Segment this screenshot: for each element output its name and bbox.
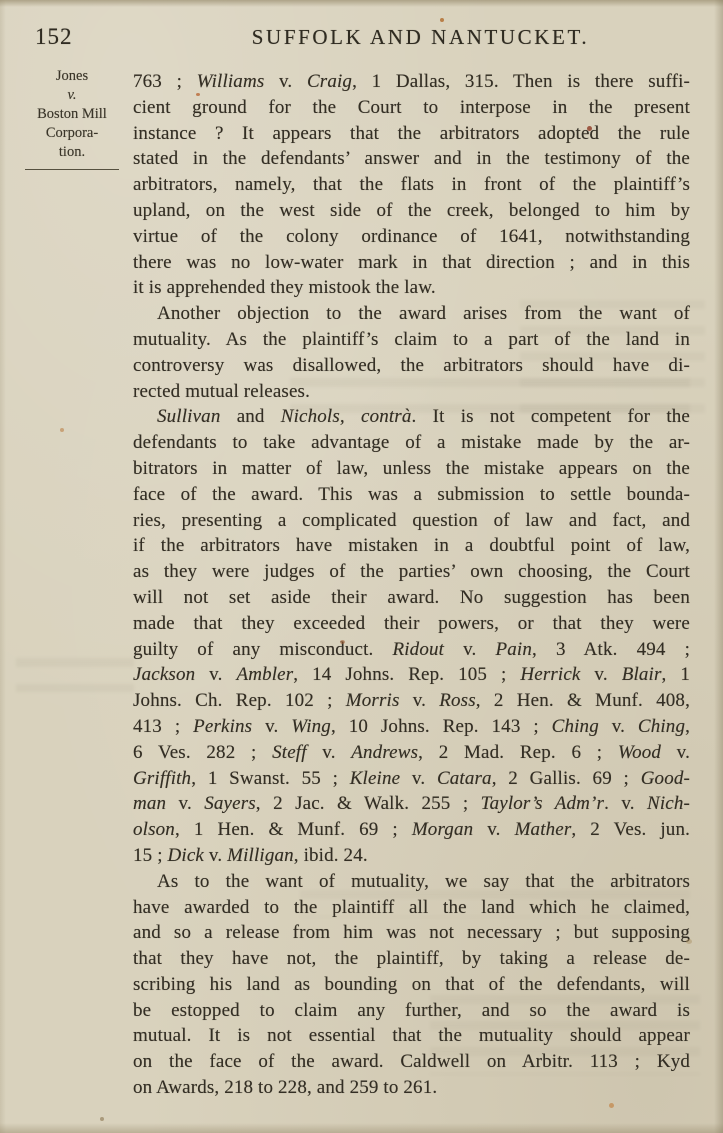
case-name-italic: Ross xyxy=(439,690,476,711)
case-name-italic: Jackson xyxy=(133,664,195,685)
text-segment: v. xyxy=(252,716,291,737)
text-line: and so a release from him was not necess… xyxy=(133,920,690,946)
page-right-edge xyxy=(714,0,723,1133)
text-line: guilty of any misconduct. Ridout v. Pain… xyxy=(133,637,690,663)
page-bottom-edge xyxy=(0,1123,723,1133)
text-segment: v. xyxy=(400,768,437,789)
text-line: 15 ; Dick v. Milligan, ibid. 24. xyxy=(133,843,690,869)
text-segment: be estopped to claim any further, and so… xyxy=(133,1000,690,1021)
text-segment: , 2 Gallis. 69 ; xyxy=(492,768,641,789)
case-name-italic: Sayers xyxy=(204,793,256,814)
text-segment: As to the want of mutuality, we say that… xyxy=(157,871,690,892)
text-line: instance ? It appears that the arbitrato… xyxy=(133,121,690,147)
text-segment: , 2 Ves. jun. xyxy=(571,819,690,840)
text-segment: guilty of any misconduct. xyxy=(133,639,393,660)
text-line: ries, presenting a complicated question … xyxy=(133,508,690,534)
body-text: 763 ; Williams v. Craig, 1 Dallas, 315. … xyxy=(133,69,690,1101)
case-name-italic: Ambler xyxy=(236,664,293,685)
margin-note-line: Boston Mill xyxy=(14,105,130,124)
text-segment: , 14 Johns. Rep. 105 ; xyxy=(293,664,520,685)
text-line: arbitrators, namely, that the flats in f… xyxy=(133,172,690,198)
case-name-italic: Ridout xyxy=(393,639,445,660)
case-name-italic: Morris xyxy=(346,690,400,711)
text-segment: , 2 Jac. & Walk. 255 ; xyxy=(256,793,481,814)
text-line: it is apprehended they mistook the law. xyxy=(133,275,690,301)
text-segment: . It is not competent for the xyxy=(412,406,690,427)
text-line: upland, on the west side of the creek, b… xyxy=(133,198,690,224)
case-name-italic: Taylor’s Adm’r xyxy=(481,793,604,814)
case-name-italic: Steff xyxy=(272,742,307,763)
case-name-italic: Craig xyxy=(307,71,352,92)
page-left-edge xyxy=(0,0,6,1133)
text-segment: 15 ; xyxy=(133,845,168,866)
margin-note-case-name: Jonesv.Boston MillCorpora-tion. xyxy=(14,67,130,170)
text-segment: 413 ; xyxy=(133,716,193,737)
paper-speck xyxy=(60,428,64,432)
case-name-italic: Good- xyxy=(641,768,690,789)
text-segment: have awarded to the plaintiff all the la… xyxy=(133,897,690,918)
text-line: bitrators in matter of law, unless the m… xyxy=(133,456,690,482)
text-segment: rected mutual releases. xyxy=(133,381,310,402)
case-name-italic: Pain xyxy=(496,639,533,660)
case-name-italic: olson xyxy=(133,819,175,840)
text-segment: bitrators in matter of law, unless the m… xyxy=(133,458,690,479)
margin-note-rule xyxy=(25,169,119,170)
text-segment: v. xyxy=(581,664,622,685)
text-line: olson, 1 Hen. & Munf. 69 ; Morgan v. Mat… xyxy=(133,817,690,843)
text-segment: v. xyxy=(307,742,352,763)
case-name-italic: Perkins xyxy=(193,716,252,737)
text-segment: , 3 Atk. 494 ; xyxy=(532,639,690,660)
text-segment: v. xyxy=(400,690,440,711)
text-segment: will not set aside their award. No sugge… xyxy=(133,587,690,608)
text-segment: face of the award. This was a submission… xyxy=(133,484,690,505)
text-segment: as they were judges of the parties’ own … xyxy=(133,561,690,582)
case-name-italic: Ching xyxy=(638,716,685,737)
text-line: man v. Sayers, 2 Jac. & Walk. 255 ; Tayl… xyxy=(133,791,690,817)
text-line: 763 ; Williams v. Craig, 1 Dallas, 315. … xyxy=(133,69,690,95)
case-name-italic: Milligan xyxy=(227,845,294,866)
text-line: made that they exceeded their powers, or… xyxy=(133,611,690,637)
text-segment: made that they exceeded their powers, or… xyxy=(133,613,690,634)
margin-note-lines: Jonesv.Boston MillCorpora-tion. xyxy=(14,67,130,162)
text-segment: on the face of the award. Caldwell on Ar… xyxy=(133,1051,690,1072)
text-segment: , 2 Mad. Rep. 6 ; xyxy=(418,742,618,763)
text-line: if the arbitrators have mistaken in a do… xyxy=(133,533,690,559)
text-segment: that they have not, the plaintiff, by ta… xyxy=(133,948,690,969)
text-segment: , 1 Dallas, 315. Then is there suffi- xyxy=(352,71,690,92)
text-line: Another objection to the award arises fr… xyxy=(133,301,690,327)
case-name-italic: Sullivan xyxy=(157,406,220,427)
running-head: SUFFOLK AND NANTUCKET. xyxy=(133,25,690,50)
text-line: Jackson v. Ambler, 14 Johns. Rep. 105 ; … xyxy=(133,662,690,688)
case-name-italic: Nichols, contrà xyxy=(281,406,412,427)
text-segment: mutual. It is not essential that the mut… xyxy=(133,1025,690,1046)
case-name-italic: man xyxy=(133,793,166,814)
page-top-edge xyxy=(0,0,723,7)
text-line: As to the want of mutuality, we say that… xyxy=(133,869,690,895)
case-name-italic: Dick xyxy=(168,845,204,866)
text-line: 413 ; Perkins v. Wing, 10 Johns. Rep. 14… xyxy=(133,714,690,740)
text-segment: v. xyxy=(195,664,236,685)
text-line: controversy was disallowed, the arbitrat… xyxy=(133,353,690,379)
case-name-italic: Mather xyxy=(515,819,572,840)
case-name-italic: Griffith xyxy=(133,768,191,789)
text-line: rected mutual releases. xyxy=(133,379,690,405)
text-segment: v. xyxy=(264,71,307,92)
text-line: have awarded to the plaintiff all the la… xyxy=(133,895,690,921)
text-segment: virtue of the colony ordinance of 1641, … xyxy=(133,226,690,247)
text-segment: , xyxy=(685,716,690,737)
text-segment: ries, presenting a complicated question … xyxy=(133,510,690,531)
margin-note-line: tion. xyxy=(14,143,130,162)
text-segment: there was no low-water mark in that dire… xyxy=(133,252,690,273)
text-segment: . v. xyxy=(604,793,647,814)
text-segment: v. xyxy=(473,819,514,840)
paper-speck xyxy=(100,1117,104,1121)
text-segment: and xyxy=(220,406,280,427)
text-line: cient ground for the Court to interpose … xyxy=(133,95,690,121)
text-line: virtue of the colony ordinance of 1641, … xyxy=(133,224,690,250)
margin-note-line: Corpora- xyxy=(14,124,130,143)
text-segment: defendants to take advantage of a mistak… xyxy=(133,432,690,453)
paper-speck xyxy=(609,1103,614,1108)
page-number: 152 xyxy=(35,24,73,50)
text-line: be estopped to claim any further, and so… xyxy=(133,998,690,1024)
text-line: defendants to take advantage of a mistak… xyxy=(133,430,690,456)
showthrough-smudge xyxy=(16,658,134,692)
text-segment: , ibid. 24. xyxy=(294,845,368,866)
paper-speck xyxy=(440,18,444,22)
case-name-italic: Wood xyxy=(618,742,661,763)
text-segment: controversy was disallowed, the arbitrat… xyxy=(133,355,690,376)
text-line: 6 Ves. 282 ; Steff v. Andrews, 2 Mad. Re… xyxy=(133,740,690,766)
case-name-italic: Blair xyxy=(622,664,662,685)
text-segment: Johns. Ch. Rep. 102 ; xyxy=(133,690,346,711)
text-line: stated in the defendants’ answer and in … xyxy=(133,146,690,172)
text-line: on the face of the award. Caldwell on Ar… xyxy=(133,1049,690,1075)
case-name-italic: Nich- xyxy=(647,793,690,814)
text-segment: , 1 Swanst. 55 ; xyxy=(191,768,350,789)
text-line: there was no low-water mark in that dire… xyxy=(133,250,690,276)
case-name-italic: Ching xyxy=(552,716,599,737)
text-segment: v. xyxy=(444,639,495,660)
text-segment: it is apprehended they mistook the law. xyxy=(133,277,436,298)
text-segment: arbitrators, namely, that the flats in f… xyxy=(133,174,690,195)
text-segment: mutuality. As the plaintiff’s claim to a… xyxy=(133,329,690,350)
text-line: mutual. It is not essential that the mut… xyxy=(133,1023,690,1049)
text-segment: 763 ; xyxy=(133,71,197,92)
book-page: 152 SUFFOLK AND NANTUCKET. Jonesv.Boston… xyxy=(0,0,723,1133)
text-segment: v. xyxy=(204,845,227,866)
text-line: scribing his land as bounding on that of… xyxy=(133,972,690,998)
text-segment: cient ground for the Court to interpose … xyxy=(133,97,690,118)
case-name-italic: Morgan xyxy=(412,819,473,840)
margin-note-line: Jones xyxy=(14,67,130,86)
case-name-italic: Williams xyxy=(197,71,265,92)
text-segment: on Awards, 218 to 228, and 259 to 261. xyxy=(133,1077,437,1098)
text-line: on Awards, 218 to 228, and 259 to 261. xyxy=(133,1075,690,1101)
text-segment: 6 Ves. 282 ; xyxy=(133,742,272,763)
text-line: Griffith, 1 Swanst. 55 ; Kleine v. Catar… xyxy=(133,766,690,792)
case-name-italic: Kleine xyxy=(350,768,401,789)
case-name-italic: Catara xyxy=(437,768,492,789)
case-name-italic: Wing xyxy=(291,716,331,737)
text-line: that they have not, the plaintiff, by ta… xyxy=(133,946,690,972)
text-segment: stated in the defendants’ answer and in … xyxy=(133,148,690,169)
text-line: will not set aside their award. No sugge… xyxy=(133,585,690,611)
text-segment: upland, on the west side of the creek, b… xyxy=(133,200,690,221)
text-segment: v. xyxy=(166,793,204,814)
text-segment: , 1 Hen. & Munf. 69 ; xyxy=(175,819,412,840)
case-name-italic: Andrews xyxy=(351,742,418,763)
page-header: 152 SUFFOLK AND NANTUCKET. xyxy=(0,24,723,54)
text-segment: instance ? It appears that the arbitrato… xyxy=(133,123,690,144)
margin-note-line: v. xyxy=(14,86,130,105)
text-segment: v. xyxy=(599,716,638,737)
text-segment: , 10 Johns. Rep. 143 ; xyxy=(331,716,552,737)
text-segment: , 2 Hen. & Munf. 408, xyxy=(476,690,690,711)
text-line: as they were judges of the parties’ own … xyxy=(133,559,690,585)
text-segment: Another objection to the award arises fr… xyxy=(157,303,690,324)
text-line: Sullivan and Nichols, contrà. It is not … xyxy=(133,404,690,430)
text-segment: scribing his land as bounding on that of… xyxy=(133,974,690,995)
case-name-italic: Herrick xyxy=(520,664,580,685)
text-segment: and so a release from him was not necess… xyxy=(133,922,690,943)
text-line: Johns. Ch. Rep. 102 ; Morris v. Ross, 2 … xyxy=(133,688,690,714)
text-line: face of the award. This was a submission… xyxy=(133,482,690,508)
text-segment: v. xyxy=(661,742,690,763)
text-segment: if the arbitrators have mistaken in a do… xyxy=(133,535,690,556)
text-segment: , 1 xyxy=(662,664,690,685)
text-line: mutuality. As the plaintiff’s claim to a… xyxy=(133,327,690,353)
